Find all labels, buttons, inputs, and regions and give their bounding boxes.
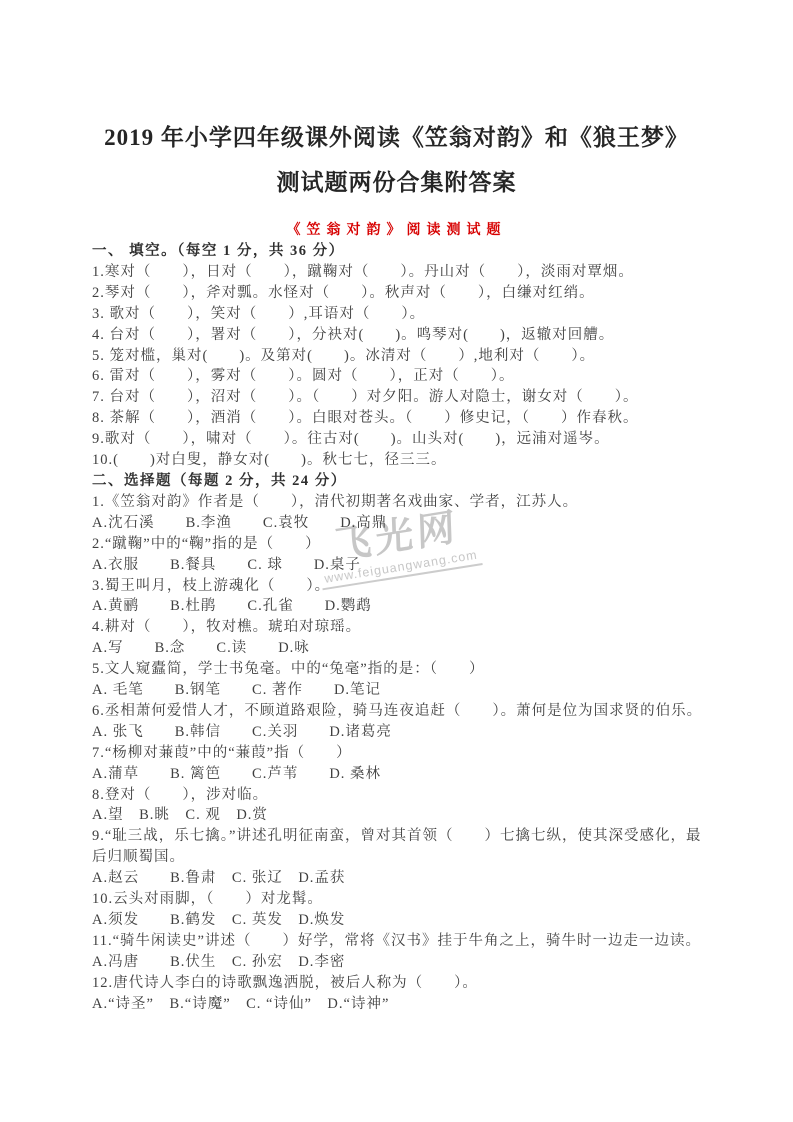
fill-item-1: 1.寒对（ ），日对（ ），蹴鞠对（ ）。丹山对（ ），淡雨对覃烟。 [92,262,710,283]
document-page: 2019 年小学四年级课外阅读《笠翁对韵》和《狼王梦》 测试题两份合集附答案 《… [0,0,793,1122]
choice-options-11: A.冯唐 B.伏生 C. 孙宏 D.李密 [92,952,710,973]
choice-options-7: A.蒲草 B. 篱笆 C.芦苇 D. 桑林 [92,764,710,785]
choice-options-5: A. 毛笔 B.钢笔 C. 著作 D.笔记 [92,680,710,701]
choice-options-4: A.写 B.念 C.读 D.咏 [92,638,710,659]
choice-question-5: 5.文人窥蠹简，学士书兔毫。中的“兔毫”指的是：（ ） [92,659,710,680]
fill-item-2: 2.琴对（ ），斧对瓢。水怪对（ ）。秋声对（ ），白缣对红绡。 [92,283,710,304]
fill-item-9: 9.歌对（ ），啸对（ ）。往古对( )。山头对( )，远浦对遥岑。 [92,429,710,450]
test-subtitle: 《笠翁对韵》阅读测试题 [0,219,793,239]
choice-options-3: A.黄鹂 B.杜鹃 C.孔雀 D.鹦鹉 [92,596,710,617]
fill-item-5: 5. 笼对槛，巢对( )。及第对( )。冰清对（ ）,地利对（ ）。 [92,346,710,367]
choice-question-2: 2.“蹴鞠”中的“鞠”指的是（ ） [92,534,710,555]
choice-question-1: 1.《笠翁对韵》作者是（ ），清代初期著名戏曲家、学者，江苏人。 [92,492,710,513]
choice-options-6: A. 张飞 B.韩信 C.关羽 D.诸葛亮 [92,722,710,743]
choice-question-9: 9.“耻三战，乐七擒。”讲述孔明征南蛮，曾对其首领（ ）七擒七纵，使其深受感化，… [92,826,710,868]
fill-item-7: 7. 台对（ ），沼对（ ）。（ ）对夕阳。游人对隐士，谢女对（ ）。 [92,387,710,408]
choice-question-8: 8.登对（ ），涉对临。 [92,785,710,806]
choice-options-2: A.衣服 B.餐具 C. 球 D.桌子 [92,555,710,576]
fill-item-3: 3. 歌对（ ），笑对（ ）,耳语对（ ）。 [92,304,710,325]
choice-question-3: 3.蜀王叫月，枝上游魂化（ ）。 [92,576,710,597]
document-title-line-2: 测试题两份合集附答案 [0,164,793,197]
choice-options-9: A.赵云 B.鲁肃 C. 张辽 D.孟获 [92,868,710,889]
choice-question-10: 10.云头对雨脚，（ ）对龙髯。 [92,889,710,910]
choice-options-8: A.望 B.眺 C. 观 D.赏 [92,805,710,826]
choice-options-10: A.须发 B.鹤发 C. 英发 D.焕发 [92,910,710,931]
choice-question-12: 12.唐代诗人李白的诗歌飘逸洒脱，被后人称为（ ）。 [92,973,710,994]
choice-question-4: 4.耕对（ ），牧对樵。琥珀对琼瑶。 [92,617,710,638]
choice-question-7: 7.“杨柳对蒹葭”中的“蒹葭”指（ ） [92,743,710,764]
choice-options-12: A.“诗圣” B.“诗魔” C. “诗仙” D.“诗神” [92,994,710,1015]
document-body: 一、 填空。（每空 1 分，共 36 分） 1.寒对（ ），日对（ ），蹴鞠对（… [92,241,710,1015]
fill-item-10: 10.( )对白叟，静女对( )。秋七七，径三三。 [92,450,710,471]
choice-options-1: A.沈石溪 B.李渔 C.袁牧 D.高鼎 [92,513,710,534]
fill-item-4: 4. 台对（ ），署对（ ），分袂对( )。鸣琴对( )，返辙对回艚。 [92,325,710,346]
fill-item-8: 8. 茶解（ ），酒消（ ）。白眼对苍头。（ ）修史记，（ ）作春秋。 [92,408,710,429]
choice-question-6: 6.丞相萧何爱惜人才，不顾道路艰险，骑马连夜追赶（ ）。萧何是位为国求贤的伯乐。 [92,701,710,722]
fill-item-6: 6. 雷对（ ），雾对（ ）。圆对（ ），正对（ ）。 [92,366,710,387]
choice-section-heading: 二、选择题（每题 2 分，共 24 分） [92,471,710,492]
fill-section-heading: 一、 填空。（每空 1 分，共 36 分） [92,241,710,262]
document-title-line-1: 2019 年小学四年级课外阅读《笠翁对韵》和《狼王梦》 [0,119,793,152]
choice-question-11: 11.“骑牛闲读史”讲述（ ）好学，常将《汉书》挂于牛角之上，骑牛时一边走一边读… [92,931,710,952]
